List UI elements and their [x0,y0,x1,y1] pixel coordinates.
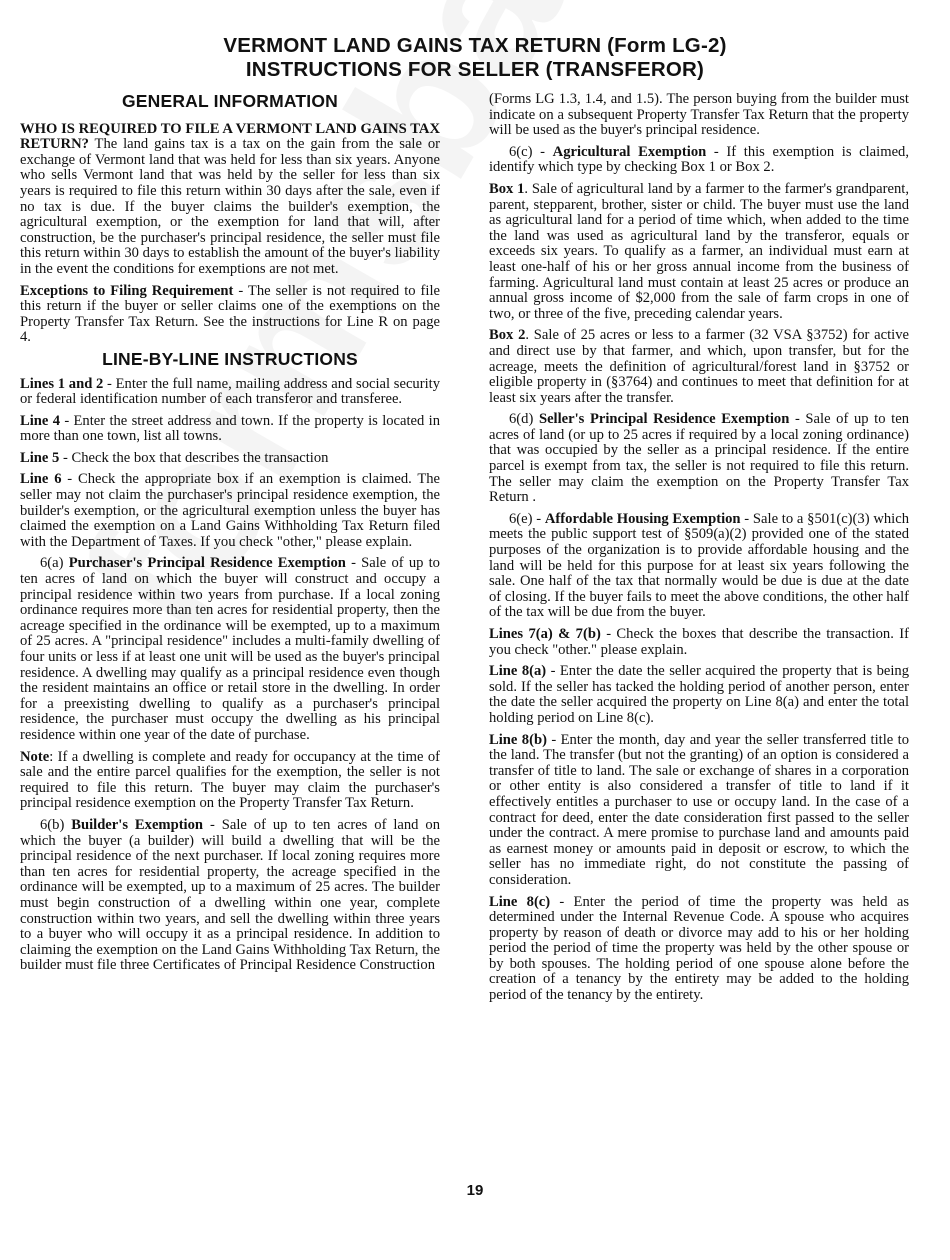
general-information-heading: GENERAL INFORMATION [20,94,440,110]
right-column: (Forms LG 1.3, 1.4, and 1.5). The person… [489,92,909,1010]
box-2-paragraph: Box 2. Sale of 25 acres or less to a far… [489,328,909,406]
exceptions-paragraph: Exceptions to Filing Requirement - The s… [20,284,440,346]
exceptions-lead: Exceptions to Filing Requirement [20,283,233,299]
exemption-6c-paragraph: 6(c) - Agricultural Exemption - If this … [489,145,909,176]
exemption-6d-paragraph: 6(d) Seller's Principal Residence Exempt… [489,412,909,506]
exemption-6a-paragraph: 6(a) Purchaser's Principal Residence Exe… [20,556,440,743]
document-page: formsbank VERMONT LAND GAINS TAX RETURN … [0,0,950,1260]
page-number: 19 [0,1182,950,1199]
lines-7-paragraph: Lines 7(a) & 7(b) - Check the boxes that… [489,627,909,658]
title-line-1: VERMONT LAND GAINS TAX RETURN (Form LG-2… [0,34,950,58]
box-1-paragraph: Box 1. Sale of agricultural land by a fa… [489,182,909,322]
line-8a-paragraph: Line 8(a) - Enter the date the seller ac… [489,664,909,726]
document-title: VERMONT LAND GAINS TAX RETURN (Form LG-2… [0,34,950,82]
line-6-paragraph: Line 6 - Check the appropriate box if an… [20,472,440,550]
exemption-6e-paragraph: 6(e) - Affordable Housing Exemption - Sa… [489,512,909,621]
line-4-paragraph: Line 4 - Enter the street address and to… [20,414,440,445]
line-8c-paragraph: Line 8(c) - Enter the period of time the… [489,895,909,1004]
line-by-line-heading: LINE-BY-LINE INSTRUCTIONS [20,352,440,368]
exemption-6b-paragraph: 6(b) Builder's Exemption - Sale of up to… [20,818,440,974]
builder-continuation-paragraph: (Forms LG 1.3, 1.4, and 1.5). The person… [489,92,909,139]
who-must-file-paragraph: WHO IS REQUIRED TO FILE A VERMONT LAND G… [20,122,440,278]
left-column: GENERAL INFORMATION WHO IS REQUIRED TO F… [20,92,440,980]
note-paragraph: Note: If a dwelling is complete and read… [20,750,440,812]
line-5-paragraph: Line 5 - Check the box that describes th… [20,451,440,467]
title-line-2: INSTRUCTIONS FOR SELLER (TRANSFEROR) [0,58,950,82]
lines-1-2-paragraph: Lines 1 and 2 - Enter the full name, mai… [20,377,440,408]
line-8b-paragraph: Line 8(b) - Enter the month, day and yea… [489,733,909,889]
